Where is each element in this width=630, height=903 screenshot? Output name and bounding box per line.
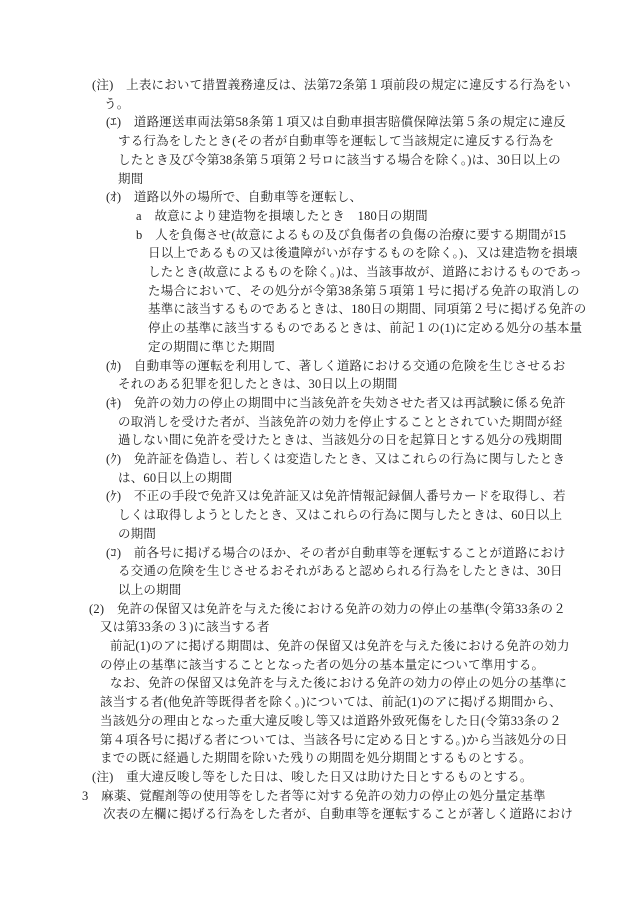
doc-line-1: (注) 上表において措置義務違反は、法第72条第１項前段の規定に違反する行為をい — [92, 78, 571, 92]
doc-line-38: (注) 重大違反唆し等をした日は、唆した日又は助けた日とするものとする。 — [92, 770, 533, 784]
doc-line-5: したとき及び令第38条第５項第２号ロに該当する場合を除く。)は、30日以上の — [118, 153, 561, 167]
doc-line-25: の期間 — [118, 527, 156, 541]
doc-line-2: う。 — [104, 97, 129, 111]
doc-line-27: る交通の危険を生じさせるおそれがあると認められる行為をしたときは、30日 — [118, 564, 563, 578]
doc-line-33: なお、免許の保留又は免許を与えた後における免許の効力の停止の処分の基準に — [110, 676, 567, 690]
doc-line-9: b 人を負傷させ(故意によるもの及び負傷者の負傷の治療に要する期間が15 — [136, 228, 566, 242]
doc-line-40: 次表の左欄に掲げる行為をした者が、自動車等を運転することが著しく道路におけ — [103, 807, 573, 821]
doc-line-30: 又は第33条の３)に該当する者 — [100, 620, 270, 634]
doc-line-19: の取消しを受けた者が、当該免許の効力を停止することとされていた期間が経 — [118, 415, 563, 429]
doc-line-23: (ｹ) 不正の手段で免許又は免許証又は免許情報記録個人番号カードを取得し、若 — [106, 489, 566, 503]
doc-line-21: (ｸ) 免許証を偽造し、若しくは変造したとき、又はこれらの行為に関与したとき — [106, 452, 565, 466]
doc-line-24: しくは取得しようとしたとき、又はこれらの行為に関与したときは、60日以上 — [118, 508, 562, 522]
doc-line-18: (ｷ) 免許の効力の停止の期間中に当該免許を失効させた者又は再試験に係る免許 — [106, 396, 566, 410]
doc-line-15: 定の期間に準じた期間 — [148, 340, 275, 354]
doc-line-31: 前記(1)のアに掲げる期間は、免許の保留又は免許を与えた後における免許の効力 — [110, 639, 570, 653]
doc-line-26: (ｺ) 前各号に掲げる場合のほか、その者が自動車等を運転することが道路におけ — [106, 546, 566, 560]
doc-line-6: 期間 — [118, 172, 143, 186]
doc-line-28: 以上の期間 — [118, 583, 182, 597]
doc-line-35: 当該処分の理由となった重大違反唆し等又は道路外致死傷をした日(令第33条の２ — [100, 714, 562, 728]
doc-line-39: 3 麻薬、覚醒剤等の使用等をした者等に対する免許の効力の停止の処分量定基準 — [82, 789, 546, 803]
doc-line-16: (ｶ) 自動車等の運転を利用して、著しく道路における交通の危険を生じさせるお — [106, 359, 565, 373]
doc-line-4: する行為をしたとき(その者が自動車等を運転して当該規定に違反する行為を — [118, 134, 554, 148]
doc-line-37: までの既に経過した期間を除いた残りの期間を処分期間とするものとする。 — [100, 751, 532, 765]
doc-line-11: したとき(故意によるものを除く。)は、当該事故が、道路におけるものであっ — [148, 265, 582, 279]
doc-line-34: 該当する者(他免許等既得者を除く。)については、前記(1)のアに掲げる期間から、 — [100, 695, 562, 709]
doc-line-36: 第４項各号に掲げる者については、当該各号に定める日とする。)から当該処分の日 — [100, 733, 568, 747]
doc-line-14: 停止の基準に該当するものであるときは、前記１の(1)に定める処分の基本量 — [148, 321, 582, 335]
doc-line-8: a 故意により建造物を損壊したとき 180日の期間 — [136, 209, 428, 223]
doc-line-32: の停止の基準に該当することとなった者の処分の基本量定について準用する。 — [100, 658, 544, 672]
doc-line-22: は、60日以上の期間 — [118, 471, 233, 485]
doc-line-20: 過しない間に免許を受けたときは、当該処分の日を起算日とする処分の残期間 — [118, 433, 563, 447]
doc-line-13: 基準に該当するものであるときは、180日の期間、同項第２号に掲げる免許の — [148, 302, 586, 316]
doc-line-7: (ｵ) 道路以外の場所で、自動車等を運転し、 — [106, 190, 362, 204]
doc-line-12: た場合において、その処分が令第38条第５項第１号に掲げる免許の取消しの — [148, 284, 580, 298]
document-page: (注) 上表において措置義務違反は、法第72条第１項前段の規定に違反する行為をい… — [0, 0, 630, 903]
doc-line-3: (ｴ) 道路運送車両法第58条第１項又は自動車損害賠償保障法第５条の規定に違反 — [106, 115, 566, 129]
doc-line-29: (2) 免許の保留又は免許を与えた後における免許の効力の停止の基準(令第33条の… — [89, 602, 566, 616]
doc-line-17: それのある犯罪を犯したときは、30日以上の期間 — [118, 377, 398, 391]
doc-line-10: 日以上であるもの又は後遺障がいが存するものを除く。)、又は建造物を損壊 — [148, 246, 578, 260]
